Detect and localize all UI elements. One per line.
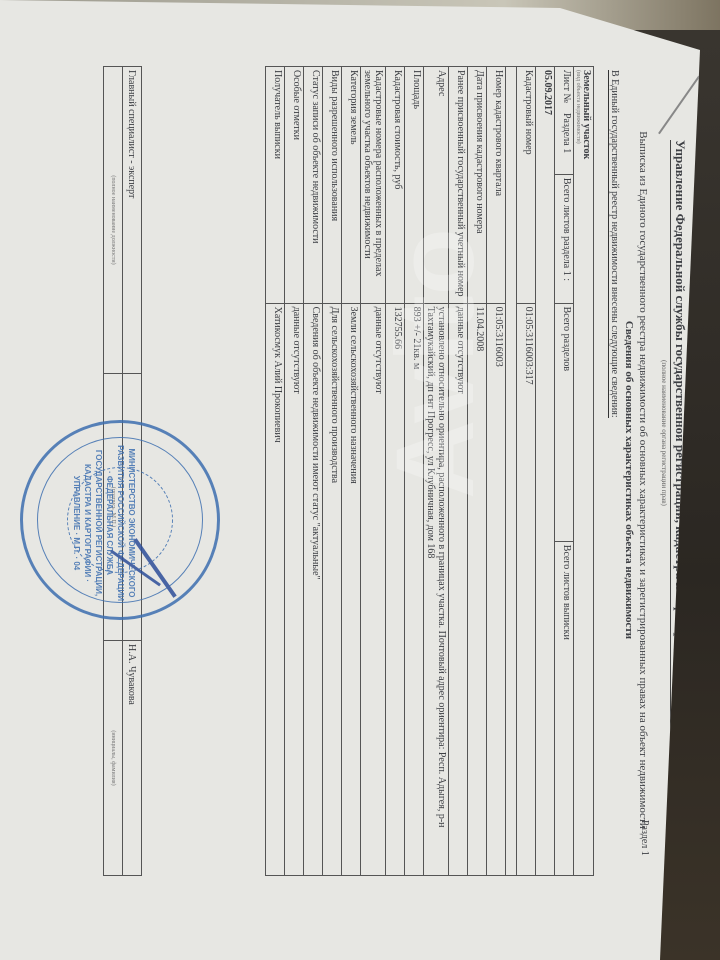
field-label: Виды разрешенного использования (323, 67, 342, 304)
field-value: Сведения об объекте недвижимости имеют с… (304, 303, 323, 875)
object-type-row: Земельный участок (вид объекта недвижимо… (574, 67, 594, 876)
title-line-2: Сведения об основных характеристиках объ… (622, 100, 636, 860)
table-row: Категория земельЗемли сельскохозяйственн… (342, 67, 361, 876)
table-row: Статус записи об объекте недвижимостиСве… (304, 67, 323, 876)
signer-name: Н.А. Чувакова (123, 641, 142, 876)
title-line-1: Выписка из Единого государственного реес… (636, 100, 650, 860)
total-sheets-cell: Всего листов выписки (555, 541, 574, 875)
organization-caption: (полное наименование органа регистрации … (660, 360, 668, 506)
total-sections-cell: Всего разделов (555, 303, 574, 541)
organization-header: Управление Федеральной службы государств… (670, 140, 688, 860)
official-stamp-icon: МИНИСТЕРСТВО ЭКОНОМИЧЕСКОГО РАЗВИТИЯ РОС… (20, 420, 220, 620)
field-value: Хатикосмук Алий Прокопиевич (266, 303, 285, 875)
intro-text: В Единый государственный реестр недвижим… (608, 70, 620, 418)
total-sheets-section-cell: Всего листов раздела 1 : (555, 174, 574, 303)
sheet-no-cell: Лист № Раздела 1 (555, 67, 574, 175)
date-cell: 05.09.2017 (536, 67, 555, 876)
signer-position: Главный специалист - эксперт (123, 67, 142, 374)
table-row: Виды разрешенного использованияДля сельс… (323, 67, 342, 876)
field-label: Получатель выписки (266, 67, 285, 304)
document-title: Выписка из Единого государственного реес… (622, 100, 650, 860)
stamp-text: МИНИСТЕРСТВО ЭКОНОМИЧЕСКОГО РАЗВИТИЯ РОС… (71, 443, 137, 603)
table-row: Получатель выпискиХатикосмук Алий Прокоп… (266, 67, 285, 876)
document-paper: Управление Федеральной службы государств… (0, 0, 700, 960)
table-row: Особые отметкиданные отсутствуют (285, 67, 304, 876)
spacer-row (506, 67, 517, 876)
rotated-document: Управление Федеральной службы государств… (40, 0, 690, 900)
cadastral-number-row: Кадастровый номер 01:05:3116003:317 (517, 67, 536, 876)
field-value: данные отсутствуют (285, 303, 304, 875)
intro-line: В Единый государственный реестр недвижим… (609, 70, 620, 850)
object-type-cell: Земельный участок (вид объекта недвижимо… (574, 67, 594, 876)
date-row: 05.09.2017 (536, 67, 555, 876)
field-value: Для сельскохозяйственного производства (323, 303, 342, 875)
field-label: Статус записи об объекте недвижимости (304, 67, 323, 304)
name-caption: (инициалы, фамилия) (104, 641, 123, 876)
field-value: Земли сельскохозяйственного назначения (342, 303, 361, 875)
cadastral-number-value: 01:05:3116003:317 (517, 303, 536, 875)
field-label: Особые отметки (285, 67, 304, 304)
staple-pin-icon (658, 76, 700, 134)
watermark: Avito (372, 228, 499, 499)
sheet-info-row: Лист № Раздела 1 Всего листов раздела 1 … (555, 67, 574, 876)
position-caption: (полное наименование должности) (104, 67, 123, 374)
cadastral-number-label: Кадастровый номер (517, 67, 536, 304)
field-label: Категория земель (342, 67, 361, 304)
